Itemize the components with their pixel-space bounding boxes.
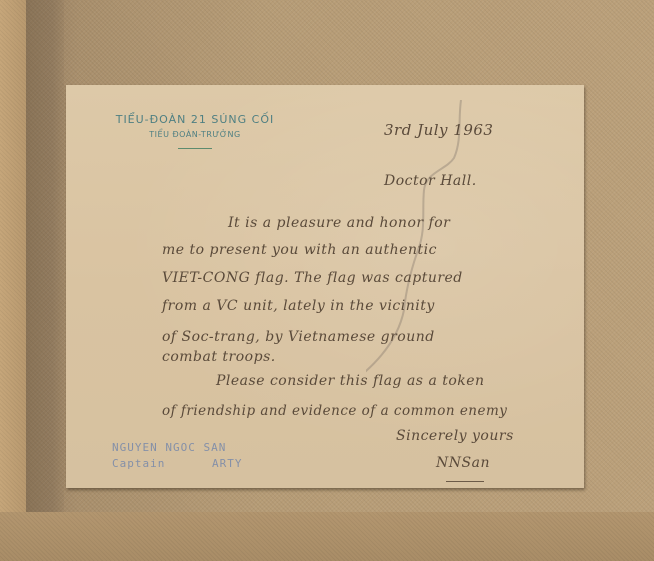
letter-signature: NNSan [436, 455, 490, 471]
signature-underline [446, 481, 484, 482]
letter-body-line: It is a pleasure and honor for [228, 215, 450, 231]
paper-crease-mark [366, 100, 486, 420]
letter-body-line: Please consider this flag as a token [216, 373, 485, 389]
letterhead-rule [178, 148, 212, 149]
letterhead-unit: TIỂU-ĐOÀN 21 SÚNG CỐI [100, 113, 290, 126]
mat-edge-shadow [26, 0, 64, 561]
frame-outer-strip [0, 0, 26, 561]
letter-body-line: VIET-CONG flag. The flag was captured [162, 270, 463, 286]
stamp-rank: Captain [112, 457, 165, 470]
letter-salutation: Doctor Hall. [384, 173, 477, 189]
stamp-branch: ARTY [212, 457, 243, 470]
letter-body-line: of Soc-trang, by Vietnamese ground [162, 329, 435, 345]
stamp-name: NGUYEN NGOC SAN [112, 441, 226, 454]
letter-body-line: of friendship and evidence of a common e… [162, 403, 507, 419]
letter-paper: TIỂU-ĐOÀN 21 SÚNG CỐI TIỂU ĐOÀN-TRƯỞNG 3… [66, 85, 584, 488]
letter-date: 3rd July 1963 [384, 121, 493, 139]
letterhead: TIỂU-ĐOÀN 21 SÚNG CỐI TIỂU ĐOÀN-TRƯỞNG [100, 113, 290, 149]
letter-body-line: from a VC unit, lately in the vicinity [162, 298, 435, 314]
letter-closing: Sincerely yours [396, 428, 514, 444]
frame-bottom-strip [0, 512, 654, 561]
letter-body-line: me to present you with an authentic [162, 242, 437, 258]
letterhead-title: TIỂU ĐOÀN-TRƯỞNG [100, 130, 290, 139]
letter-body-line: combat troops. [162, 349, 276, 365]
